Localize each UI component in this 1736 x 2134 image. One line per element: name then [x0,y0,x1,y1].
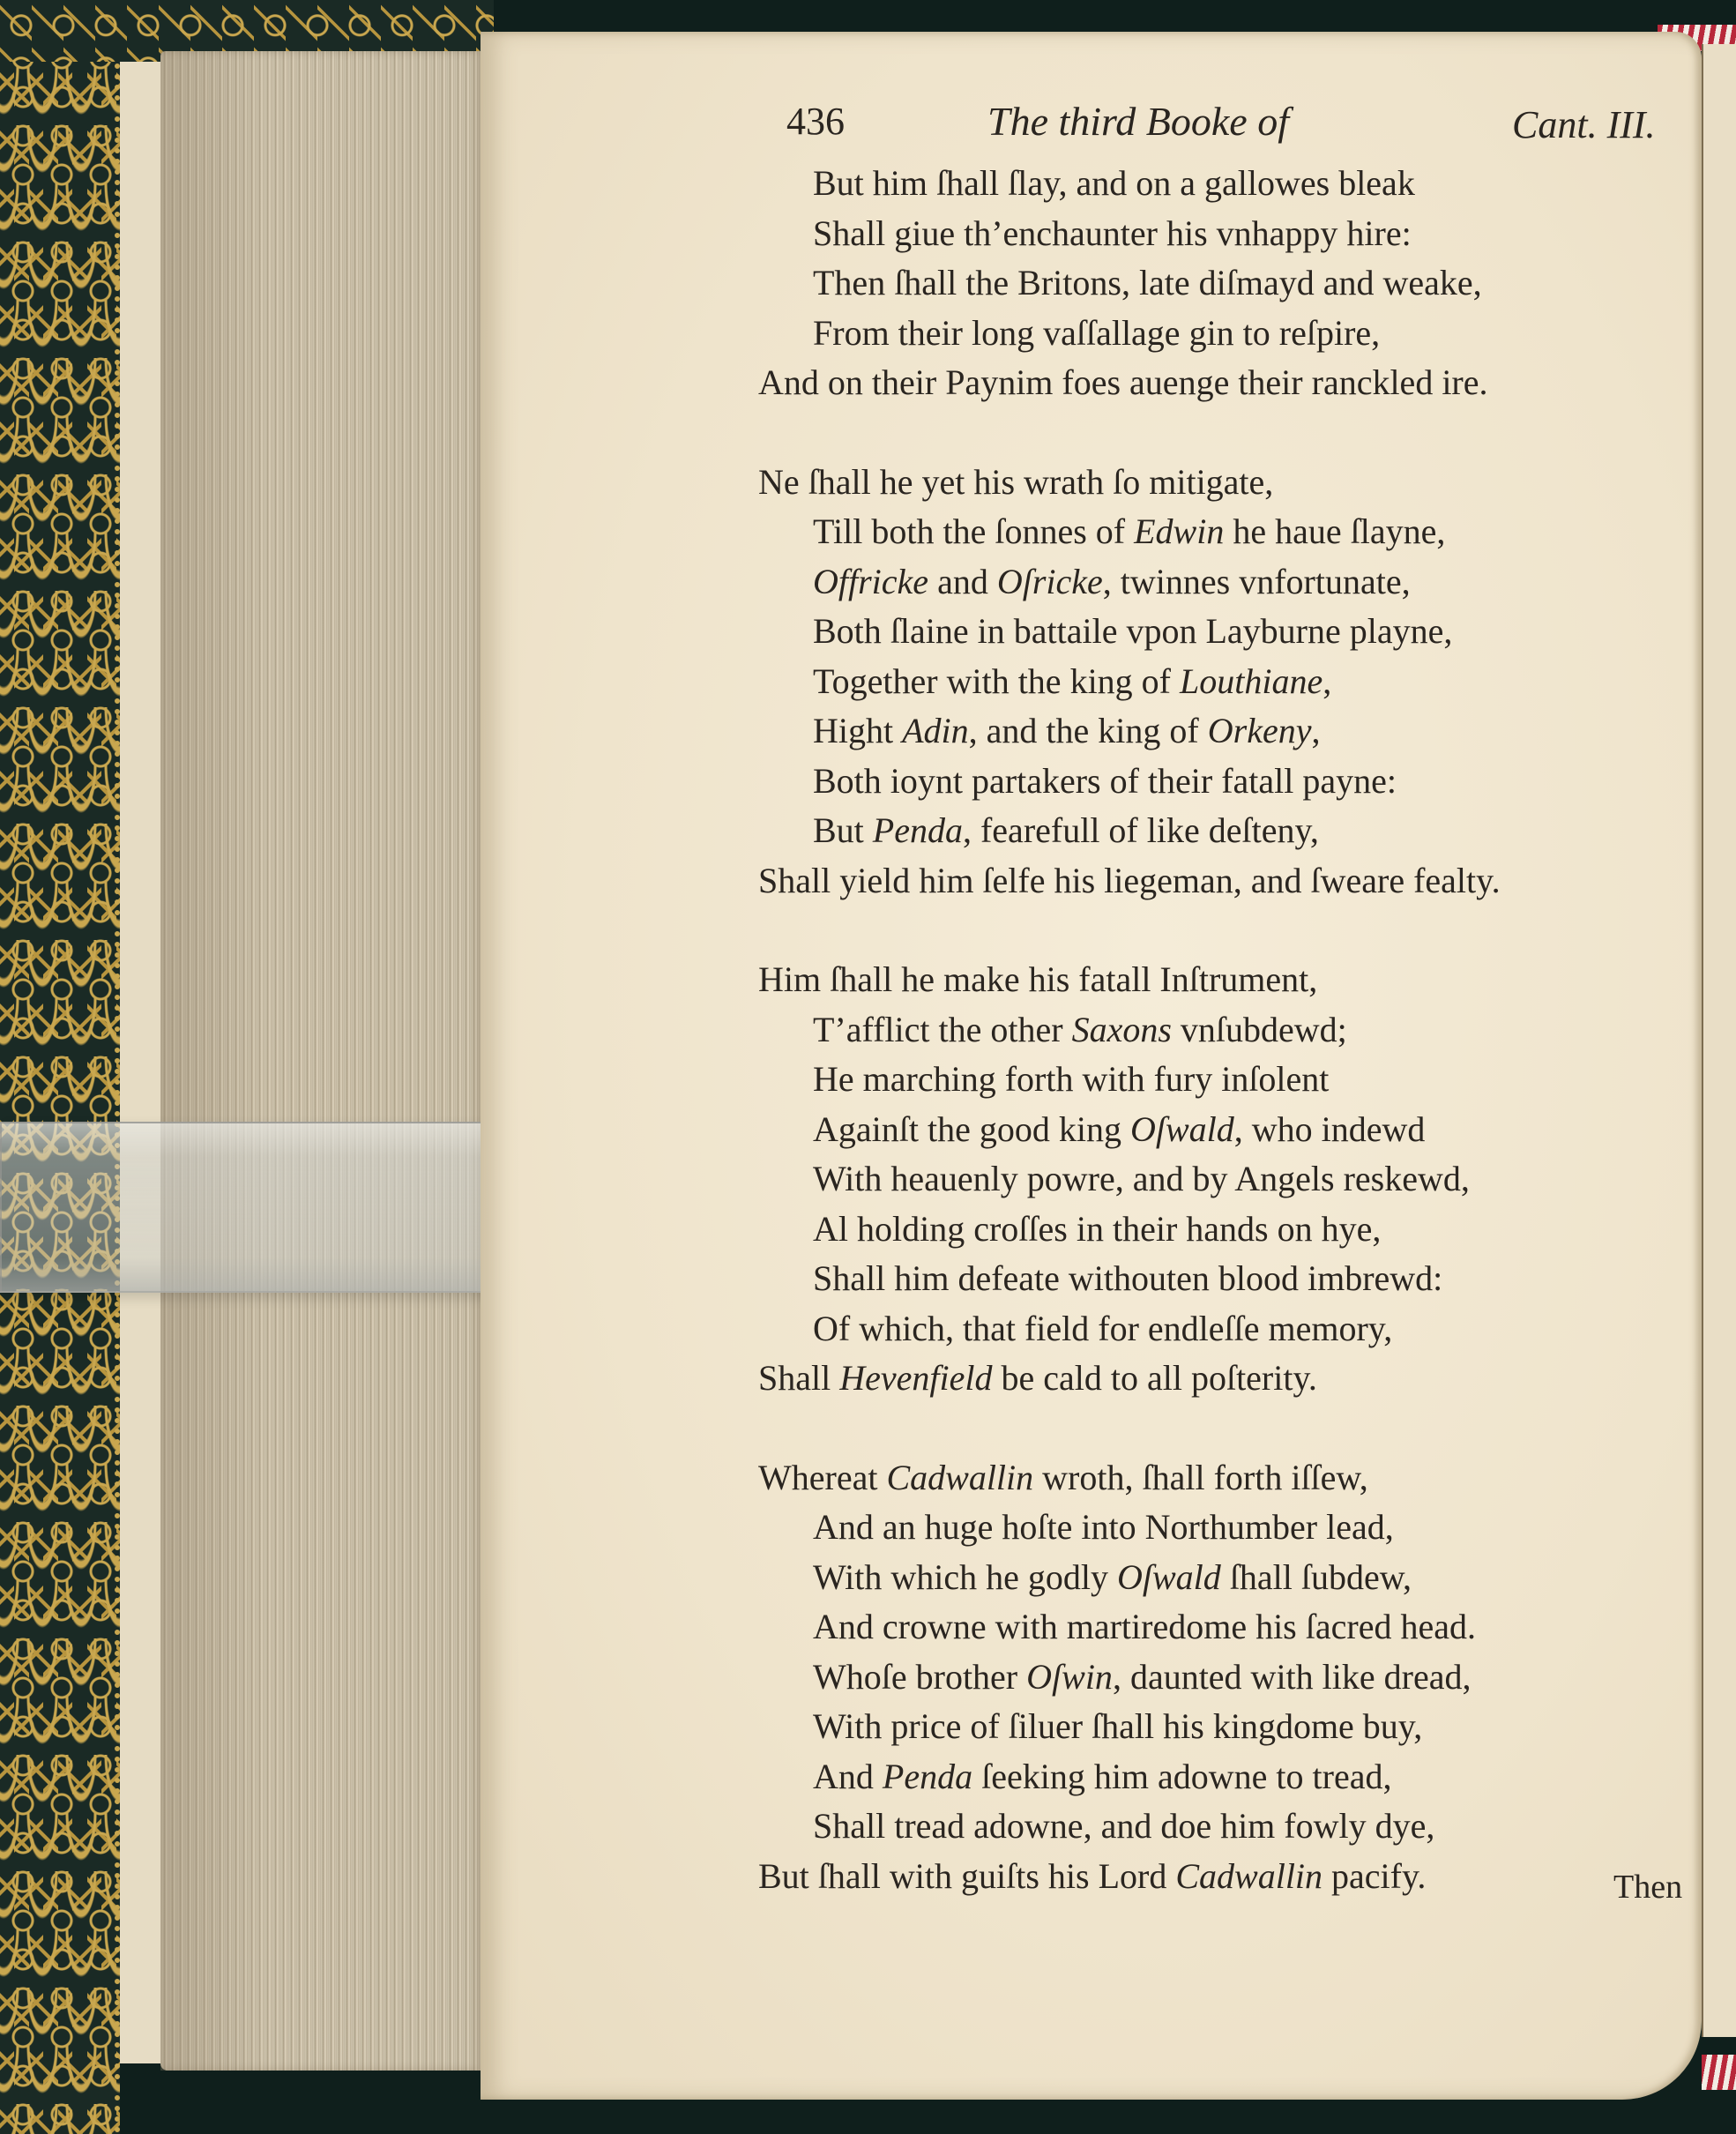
verse-text: wroth, ſhall forth iſſew, [1033,1458,1368,1497]
tailband-ribbon [1702,2055,1736,2090]
italic-name: Saxons [1072,1010,1172,1049]
verse-text: pacify. [1322,1856,1426,1896]
verse-text: Shall [758,1358,839,1398]
verse-text: And [813,1757,883,1796]
verse-line: And on their Paynim foes auenge their ra… [758,358,1693,408]
verse-line: Againſt the good king Oſwald, who indewd [758,1105,1693,1155]
verse-line: Then ſhall the Britons, late diſmayd and… [758,258,1693,309]
italic-name: Penda [873,810,963,850]
verse-line: With heauenly powre, and by Angels reske… [758,1154,1693,1205]
verse-line: Shall tread adowne, and doe him fowly dy… [758,1802,1693,1852]
acrylic-page-clip [0,1122,513,1293]
italic-name: Cadwallin [1175,1856,1322,1896]
verse-text: , who indewd [1234,1109,1426,1149]
verse-text: With which he godly [813,1557,1117,1597]
verse-line: Whoſe brother Oſwin, daunted with like d… [758,1653,1693,1703]
verse-line: Shall giue th’enchaunter his vnhappy hir… [758,209,1693,259]
italic-name: Adin [902,711,969,750]
verse-line: Shall Hevenfield be cald to all poſterit… [758,1354,1693,1404]
verse-text: vnſubdewd; [1172,1010,1347,1049]
verse-text: Hight [813,711,902,750]
italic-name: Orkeny [1208,711,1312,750]
verse-line: Hight Adin, and the king of Orkeny, [758,706,1693,757]
italic-name: Oſricke [997,562,1103,601]
verse-line: Offricke and Oſricke, twinnes vnfortunat… [758,557,1693,608]
verse-line: Together with the king of Louthiane, [758,657,1693,707]
verse-line: Till both the ſonnes of Edwin he haue ſl… [758,507,1693,557]
verse-text: But ſhall with guiſts his Lord [758,1856,1175,1896]
running-title: The third Booke of [987,97,1289,147]
verse-line: But ſhall with guiſts his Lord Cadwallin… [758,1852,1693,1902]
verse-line: And crowne with martiredome his ſacred h… [758,1602,1693,1653]
verse-line: From their long vaſſallage gin to reſpir… [758,309,1693,359]
verse-text: Together with the king of [813,661,1180,701]
verse-text: , [1322,661,1331,701]
stanza: Ne ſhall he yet his wrath ſo mitigate,Ti… [758,458,1693,907]
verse-text: Againſt the good king [813,1109,1130,1149]
verse-line: Whereat Cadwallin wroth, ſhall forth iſſ… [758,1453,1693,1503]
italic-name: Oſwald [1130,1109,1234,1149]
page-number: 436 [786,97,845,147]
verse-text: he haue ſlayne, [1224,511,1445,551]
verse-text: T’afflict the other [813,1010,1072,1049]
verse-text: , twinnes vnfortunate, [1103,562,1411,601]
italic-name: Oſwin [1026,1657,1113,1697]
verse-line: With price of ſiluer ſhall his kingdome … [758,1702,1693,1752]
verse-text: Till both the ſonnes of [813,511,1134,551]
verse-line: Of which, that field for endleſſe memory… [758,1304,1693,1354]
verse-text: , [1311,711,1320,750]
verse-line: Al holding croſſes in their hands on hye… [758,1205,1693,1255]
italic-name: Oſwald [1117,1557,1221,1597]
verse-line: Both ioynt partakers of their fatall pay… [758,757,1693,807]
italic-name: Louthiane [1180,661,1322,701]
verse-text: Whoſe brother [813,1657,1026,1697]
italic-name: Edwin [1134,511,1224,551]
verse-line: Ne ſhall he yet his wrath ſo mitigate, [758,458,1693,508]
verse-text: and [928,562,997,601]
verse-text: ſeeking him adowne to tread, [972,1757,1391,1796]
verse-line: And an huge hoſte into Northumber lead, [758,1503,1693,1553]
italic-name: Hevenfield [839,1358,992,1398]
verse-line: With which he godly Oſwald ſhall ſubdew, [758,1553,1693,1603]
stanza: But him ſhall ſlay, and on a gallowes bl… [758,159,1693,408]
verse-line: He marching forth with fury inſolent [758,1055,1693,1105]
verse-line: And Penda ſeeking him adowne to tread, [758,1752,1693,1802]
catchword: Then [1613,1868,1682,1906]
verse-line: Shall yield him ſelfe his liegeman, and … [758,856,1693,907]
page-fore-edge-stack [160,51,485,2071]
verse-line: Him ſhall he make his fatall Inſtrument, [758,955,1693,1005]
verse-line: But Penda, fearefull of like deſteny, [758,806,1693,856]
verse-text: be cald to all poſterity. [992,1358,1316,1398]
page-text: 436 The third Booke of Cant. III. But hi… [758,97,1693,1951]
canto-label: Cant. III. [1512,101,1656,151]
next-page-edge [1702,44,1736,2037]
verse-line: Shall him defeate withouten blood imbrew… [758,1254,1693,1304]
italic-name: Penda [883,1757,972,1796]
page-header: 436 The third Booke of Cant. III. [758,97,1693,159]
italic-name: Offricke [813,562,928,601]
verse-text: , daunted with like dread, [1113,1657,1472,1697]
stanza: Whereat Cadwallin wroth, ſhall forth iſſ… [758,1453,1693,1902]
stanza: Him ſhall he make his fatall Inſtrument,… [758,955,1693,1404]
verse-line: T’afflict the other Saxons vnſubdewd; [758,1005,1693,1056]
verse-text: ſhall ſubdew, [1221,1557,1412,1597]
stanza-container: But him ſhall ſlay, and on a gallowes bl… [758,159,1693,1901]
verse-text: , and the king of [969,711,1208,750]
italic-name: Cadwallin [886,1458,1033,1497]
verse-line: Both ſlaine in battaile vpon Layburne pl… [758,607,1693,657]
verse-text: Whereat [758,1458,886,1497]
verse-text: , fearefull of like deſteny, [963,810,1319,850]
verse-line: But him ſhall ſlay, and on a gallowes bl… [758,159,1693,209]
verse-text: But [813,810,873,850]
book-cover-tooled-border [0,0,120,2134]
